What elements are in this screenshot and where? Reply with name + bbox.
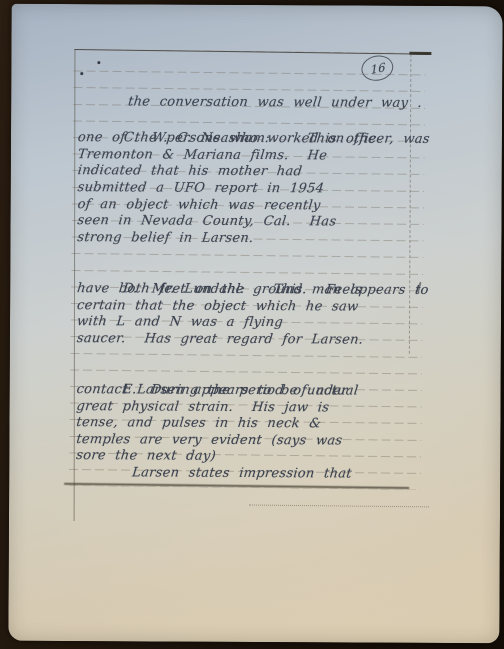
handwritten-line: temples are very evident (says was (75, 431, 427, 449)
handwritten-line: saucer. Has great regard for Larsen. (76, 330, 428, 348)
handwritten-line: with L and N was a flying (76, 313, 428, 331)
paragraph-text: seen in Nevada County, Cal. Has (76, 213, 337, 231)
page-number: 16 (371, 59, 386, 76)
handwritten-line: of an object which was recently (77, 196, 429, 214)
paragraph-text: saucer. Has great regard for Larsen. (76, 331, 364, 349)
handwritten-line: indicated that his mother had (77, 162, 429, 180)
handwritten-line: C.W. C. Neasham: This officer, was (77, 113, 429, 131)
handwritten-line: the conversation was well under way . (77, 76, 429, 94)
handwritten-line: Larsen states impression that (75, 464, 427, 482)
handwriting-block: the conversation was well under way . C.… (75, 76, 429, 482)
handwritten-line: sore the next day) (75, 447, 427, 465)
paragraph-text: with L and N was a flying (76, 314, 284, 332)
paragraph-text: certain that the object which he saw (76, 298, 359, 316)
stray-dotted-line (249, 504, 429, 507)
paragraph-text: submitted a UFO report in 1954 (77, 180, 325, 198)
intro-line-text: the conversation was well under way . (127, 94, 423, 112)
paragraph-text: sore the next day) (75, 448, 216, 465)
photo-background: 16 the conversation was well under way .… (0, 0, 504, 649)
document-page: 16 the conversation was well under way .… (8, 4, 502, 644)
ink-speck (80, 72, 83, 75)
paragraph-text: great physical strain. His jaw is (76, 399, 331, 417)
handwritten-line: submitted a UFO report in 1954 (77, 179, 429, 197)
paragraph-text: one of the persons who worked on the (77, 130, 377, 148)
handwritten-line: great physical strain. His jaw is (76, 398, 428, 416)
page-border-top-tick (409, 52, 431, 55)
handwritten-line: tense, and pulses in his neck & (75, 414, 427, 432)
paragraph-text: Larsen states impression that (131, 465, 352, 483)
paragraph-text: contact Larsen appears to be under (76, 382, 349, 400)
paragraph-text: of an object which was recently (77, 197, 322, 215)
paragraph-text: temples are very evident (says was (75, 432, 343, 450)
handwritten-line: Tremonton & Mariana films. He (77, 146, 429, 164)
paragraph-text: Tremonton & Mariana films. He (77, 147, 328, 165)
handwritten-line: strong belief in Larsen. (76, 229, 428, 247)
handwritten-line: contact Larsen appears to be under (76, 381, 428, 399)
paragraph-text: indicated that his mother had (77, 163, 303, 181)
handwritten-line: E.During the period of actual (76, 364, 428, 382)
paragraph-text: strong belief in Larsen. (76, 230, 254, 248)
paragraph-text: tense, and pulses in his neck & (75, 415, 322, 433)
handwritten-line: certain that the object which he saw (76, 297, 428, 315)
paragraph-text: have both feet on the ground. Feels (76, 281, 362, 299)
ink-speck (97, 61, 100, 64)
handwritten-line: D.Mr. Lundahl: This man appears to (76, 263, 428, 281)
handwritten-line: seen in Nevada County, Cal. Has (76, 212, 428, 230)
